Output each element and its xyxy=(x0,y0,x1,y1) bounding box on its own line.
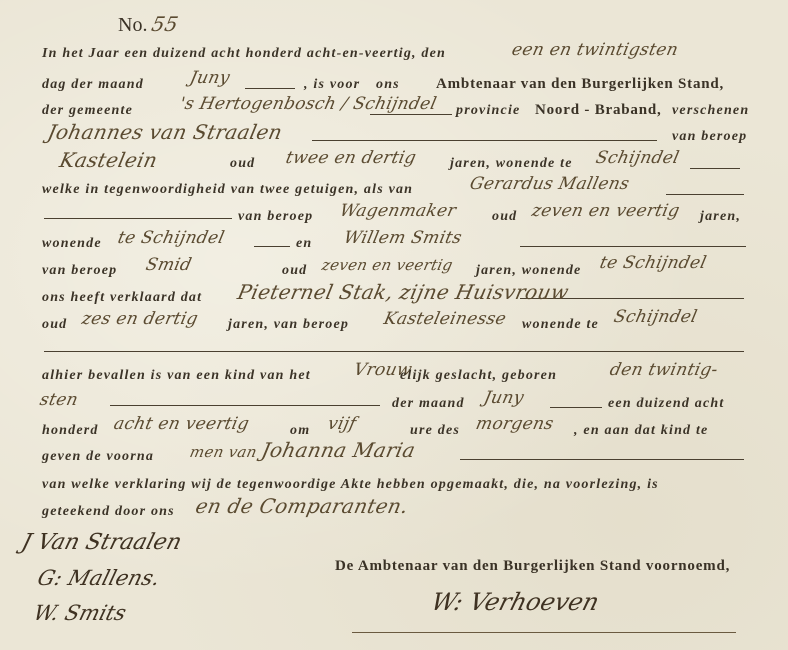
declarant-residence-handwritten: Schijndel xyxy=(594,150,680,167)
line-16-printed: van welke verklaring wij de tegenwoordig… xyxy=(42,478,659,492)
line-8-printed-b: en xyxy=(296,237,312,251)
line-11-printed-b: jaren, van beroep xyxy=(228,318,349,332)
line-7-printed-a: van beroep xyxy=(238,210,313,224)
civil-registry-birth-record: No. 55 In het Jaar een duizend acht hond… xyxy=(0,0,788,650)
fill-rule xyxy=(690,168,740,169)
fill-rule xyxy=(254,246,290,247)
line-12-printed-b: elijk geslacht, geboren xyxy=(400,369,557,383)
birth-hour-handwritten: vijf xyxy=(326,416,357,433)
line-9-printed-b: oud xyxy=(282,264,307,278)
line-9-printed-c: jaren, wonende xyxy=(476,264,581,278)
line-13-printed-a: der maand xyxy=(392,397,465,411)
fill-rule xyxy=(520,246,746,247)
line-2-printed-c: ons xyxy=(376,78,400,92)
witness-2-name-handwritten: Willem Smits xyxy=(342,230,463,247)
line-5-printed-a: oud xyxy=(230,157,255,171)
time-of-day-handwritten: morgens xyxy=(474,416,555,433)
line-5-printed-b: jaren, wonende te xyxy=(450,157,573,171)
record-number-value: 55 xyxy=(150,14,180,34)
signatories-handwritten: en de Comparanten. xyxy=(194,496,410,516)
given-names-label-handwritten: men van xyxy=(188,445,258,460)
fill-rule xyxy=(110,405,380,406)
birth-month-handwritten: Juny xyxy=(482,390,525,407)
declarant-occupation-handwritten: Kastelein xyxy=(58,150,159,170)
witness-1-name-handwritten: Gerardus Mallens xyxy=(468,176,631,193)
mother-age-handwritten: zes en dertig xyxy=(80,311,199,328)
month-handwritten: Juny xyxy=(188,70,231,87)
mother-residence-handwritten: Schijndel xyxy=(612,309,698,326)
mother-occupation-handwritten: Kasteleinesse xyxy=(382,311,507,328)
line-14-printed-a: honderd xyxy=(42,424,99,438)
line-7-printed-b: oud xyxy=(492,210,517,224)
line-9-printed-a: van beroep xyxy=(42,264,117,278)
record-number: No. 55 xyxy=(118,14,179,35)
birth-day-handwritten: den twintig- xyxy=(608,362,719,379)
line-1-printed: In het Jaar een duizend acht honderd ach… xyxy=(42,47,446,61)
witness-1-residence-handwritten: te Schijndel xyxy=(116,230,226,247)
line-14-printed-b: om xyxy=(290,424,310,438)
line-11-printed-c: wonende te xyxy=(522,318,599,332)
witness-2-occupation-handwritten: Smid xyxy=(144,257,193,274)
line-2-printed-b: , is voor xyxy=(304,78,360,92)
line-11-printed-a: oud xyxy=(42,318,67,332)
line-2-printed-d: Ambtenaar van den Burgerlijken Stand, xyxy=(436,77,724,92)
line-14-printed-d: , en aan dat kind te xyxy=(574,424,708,438)
mother-name-handwritten: Pieternel Stak, zijne Huisvrouw xyxy=(236,282,571,302)
line-14-printed-c: ure des xyxy=(410,424,460,438)
birth-day-continued-handwritten: sten xyxy=(38,392,79,409)
line-2-printed-a: dag der maand xyxy=(42,78,144,92)
line-8-printed-a: wonende xyxy=(42,237,102,251)
child-given-names-handwritten: Johanna Maria xyxy=(260,440,417,460)
line-3-printed-d: verschenen xyxy=(672,104,749,118)
witness-2-age-handwritten: zeven en veertig xyxy=(320,258,454,273)
fill-rule xyxy=(312,140,657,141)
signature-witness-2: W. Smits xyxy=(31,603,128,624)
line-3-printed-a: der gemeente xyxy=(42,104,133,118)
line-13-printed-b: een duizend acht xyxy=(608,397,724,411)
birth-year-handwritten: acht en veertig xyxy=(112,416,250,433)
municipality-handwritten: 's Hertogenbosch / Schijndel xyxy=(178,96,438,113)
line-3-printed-b: provincie xyxy=(456,104,520,118)
date-day-handwritten: een en twintigsten xyxy=(510,42,679,59)
signature-declarant: J Van Straalen xyxy=(19,532,184,554)
signature-underline xyxy=(352,632,736,633)
official-caption: De Ambtenaar van den Burgerlijken Stand … xyxy=(335,559,730,574)
fill-rule xyxy=(550,407,602,408)
witness-2-residence-handwritten: te Schijndel xyxy=(598,255,708,272)
line-7-printed-c: jaren, xyxy=(700,210,741,224)
witness-1-occupation-handwritten: Wagenmaker xyxy=(338,203,457,220)
signature-witness-1: G: Mallens. xyxy=(35,568,162,589)
province-printed: Noord - Braband, xyxy=(535,103,662,118)
line-4-printed: van beroep xyxy=(672,130,747,144)
line-6-printed: welke in tegenwoordigheid van twee getui… xyxy=(42,183,413,197)
declarant-age-handwritten: twee en dertig xyxy=(284,150,417,167)
fill-rule xyxy=(370,114,452,115)
declarant-name-handwritten: Johannes van Straalen xyxy=(46,122,284,142)
line-12-printed-a: alhier bevallen is van een kind van het xyxy=(42,369,311,383)
fill-rule xyxy=(460,459,744,460)
record-number-label: No. xyxy=(118,14,147,36)
line-15-printed: geven de voorna xyxy=(42,450,154,464)
fill-rule xyxy=(666,194,744,195)
witness-1-age-handwritten: zeven en veertig xyxy=(530,203,681,220)
line-17-printed: geteekend door ons xyxy=(42,505,175,519)
line-10-printed: ons heeft verklaard dat xyxy=(42,291,202,305)
fill-rule xyxy=(44,218,232,219)
fill-rule xyxy=(245,88,295,89)
blank-rule xyxy=(44,351,744,352)
signature-official: W: Verhoeven xyxy=(429,590,602,614)
